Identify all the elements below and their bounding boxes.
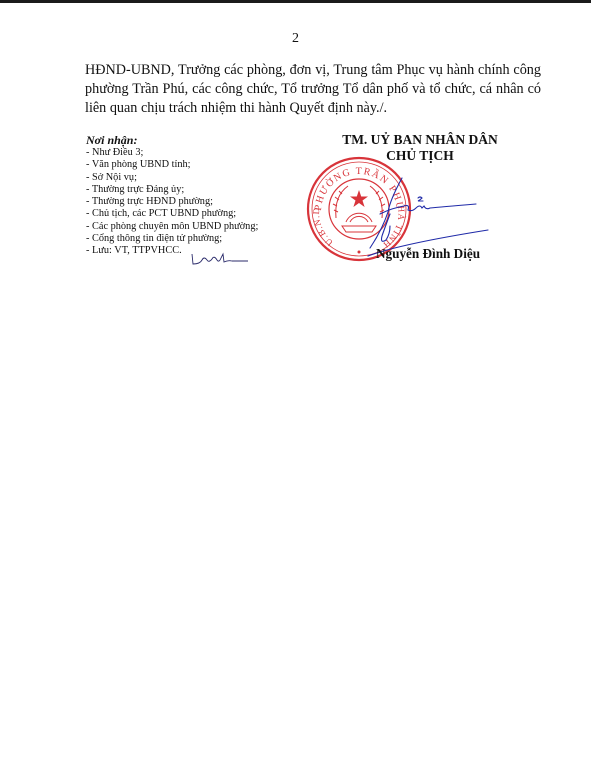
recipient-item: - Sở Nội vụ;	[86, 172, 306, 184]
recipient-item: - Thường trực Đảng ủy;	[86, 184, 306, 196]
recipient-item: - Như Điều 3;	[86, 147, 306, 159]
recipients-heading: Nơi nhận:	[86, 133, 306, 147]
recipients-heading-colon: :	[133, 133, 137, 147]
signer-name: Nguyễn Đình Diệu	[376, 246, 480, 262]
page-number: 2	[0, 31, 591, 47]
recipient-item: - Chủ tịch, các PCT UBND phường;	[86, 208, 306, 220]
svg-text:U.B.N.D: U.B.N.D	[311, 207, 335, 248]
recipient-item: - Văn phòng UBND tỉnh;	[86, 159, 306, 171]
recipients-list: Nơi nhận: - Như Điều 3; - Văn phòng UBND…	[86, 133, 306, 258]
recipients-heading-text: Nơi nhận	[86, 133, 133, 147]
body-paragraph: HĐND-UBND, Trưởng các phòng, đơn vị, Tru…	[85, 61, 541, 118]
recipient-item: - Các phòng chuyên môn UBND phường;	[86, 221, 306, 233]
window-top-bar	[0, 0, 591, 3]
recipient-item: - Cổng thông tin điện tử phường;	[86, 233, 306, 245]
signing-organization: TM. UỶ BAN NHÂN DÂN	[316, 132, 524, 148]
signer-title: CHỦ TỊCH	[316, 148, 524, 164]
recipient-item: - Thường trực HĐND phường;	[86, 196, 306, 208]
initials-signature-icon	[190, 252, 250, 266]
signature-block: TM. UỶ BAN NHÂN DÂN CHỦ TỊCH	[316, 132, 524, 164]
